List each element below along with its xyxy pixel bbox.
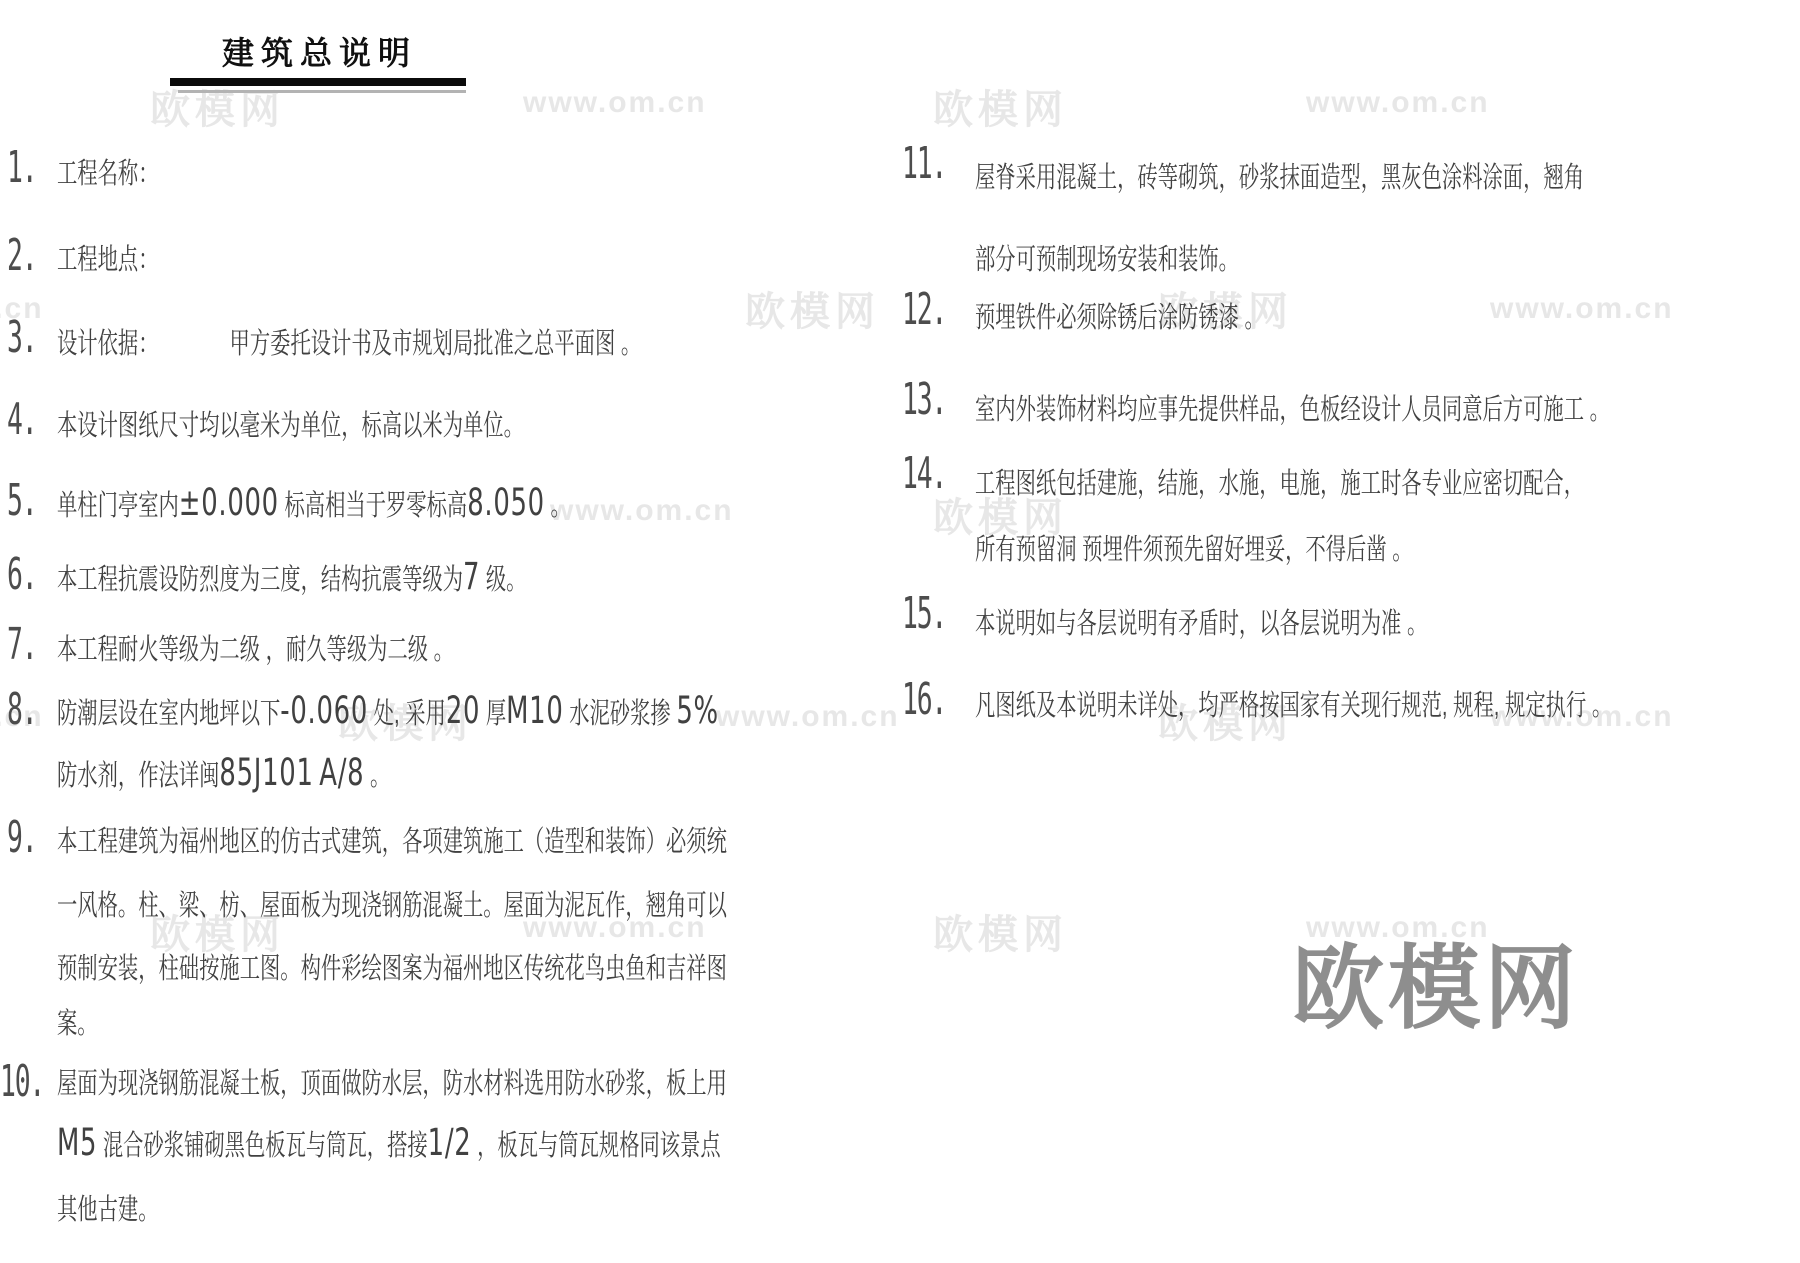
brand-watermark-large: 欧模网 xyxy=(1292,915,1580,1047)
note-3-text: 设计依据： 甲方委托设计书及市规划局批准之总平面图 。 xyxy=(57,326,641,362)
watermark: 欧模网 xyxy=(933,78,1068,135)
note-11-text-2: 部分可预制现场安装和装饰。 xyxy=(975,242,1239,278)
note-7-text: 本工程耐火等级为二级 ，耐久等级为二级 。 xyxy=(57,632,454,668)
note-16-number: 16. xyxy=(902,678,946,722)
note-10-text-3: 其他古建。 xyxy=(57,1192,159,1228)
watermark: 欧模网 xyxy=(745,280,880,337)
note-5-text: 单柱门亭室内±0.000 标高相当于罗零标高8.050 。 xyxy=(57,488,571,524)
note-14-text-2: 所有预留洞 预埋件须预先留好埋妥，不得后凿 。 xyxy=(975,532,1413,568)
note-11-text: 屋脊采用混凝土，砖等砌筑，砂浆抹面造型，黑灰色涂料涂面，翘角 xyxy=(975,160,1584,196)
watermark: www.om.cn xyxy=(523,86,707,120)
note-7-number: 7. xyxy=(7,623,36,667)
note-16-text: 凡图纸及本说明未详处，均严格按国家有关现行规范, 规程, 规定执行 。 xyxy=(975,688,1612,724)
watermark: www.om.cn xyxy=(550,494,734,528)
note-13-number: 13. xyxy=(902,378,946,422)
watermark: 欧模网 xyxy=(933,903,1068,960)
note-6-text: 本工程抗震设防烈度为三度，结构抗震等级为7 级。 xyxy=(57,562,526,598)
note-12-number: 12. xyxy=(902,288,946,332)
note-6-number: 6. xyxy=(7,553,36,597)
note-11-number: 11. xyxy=(902,142,946,186)
title-underline-shadow xyxy=(178,90,466,93)
watermark: www.om.cn xyxy=(1490,292,1674,326)
drawing-sheet: 欧模网www.om.cn欧模网www.om.cnwww.om.cn欧模网欧模网w… xyxy=(0,0,1800,1263)
note-10-text-2: M5 混合砂浆铺砌黑色板瓦与筒瓦，搭接1/2 ，板瓦与筒瓦规格同该景点 xyxy=(57,1128,721,1164)
note-8-text: 防潮层设在室内地坪以下-0.060 处, 采用20 厚M10 水泥砂浆掺 5% xyxy=(57,696,719,732)
note-15-number: 15. xyxy=(902,592,946,636)
title-underline xyxy=(170,78,466,86)
note-9-text-4: 案。 xyxy=(57,1006,98,1042)
note-10-number: 10. xyxy=(0,1060,44,1104)
note-4-number: 4. xyxy=(7,398,36,442)
note-5-number: 5. xyxy=(7,479,36,523)
watermark: www.om.cn xyxy=(716,700,900,734)
note-14-number: 14. xyxy=(902,452,946,496)
note-1-number: 1. xyxy=(7,146,36,190)
note-9-text: 本工程建筑为福州地区的仿古式建筑，各项建筑施工（造型和装饰）必须统 xyxy=(57,824,727,860)
note-14-text: 工程图纸包括建施，结施，水施，电施，施工时各专业应密切配合， xyxy=(975,466,1584,502)
note-4-text: 本设计图纸尺寸均以毫米为单位，标高以米为单位。 xyxy=(57,408,524,444)
note-2-number: 2. xyxy=(7,234,36,278)
watermark: www.om.cn xyxy=(1306,86,1490,120)
watermark: 欧模网 xyxy=(150,78,285,135)
note-12-text: 预埋铁件必须除锈后涂防锈漆 。 xyxy=(975,300,1265,336)
note-8-number: 8. xyxy=(7,688,36,732)
note-9-number: 9. xyxy=(7,816,36,860)
note-9-text-3: 预制安装，柱础按施工图。构件彩绘图案为福州地区传统花鸟虫鱼和吉祥图 xyxy=(57,951,727,987)
note-8-text-2: 防水剂，作法详闽85J101 A/8 。 xyxy=(57,758,390,794)
note-15-text: 本说明如与各层说明有矛盾时，以各层说明为准 。 xyxy=(975,606,1427,642)
note-2-text: 工程地点： xyxy=(57,242,159,278)
note-1-text: 工程名称： xyxy=(57,156,159,192)
note-13-text: 室内外装饰材料均应事先提供样品，色板经设计人员同意后方可施工 。 xyxy=(975,392,1610,428)
note-10-text: 屋面为现浇钢筋混凝土板，顶面做防水层，防水材料选用防水砂浆，板上用 xyxy=(57,1066,727,1102)
note-3-number: 3. xyxy=(7,316,36,360)
page-title: 建筑总说明 xyxy=(222,28,417,74)
note-9-text-2: 一风格。柱、梁、枋、屋面板为现浇钢筋混凝土。屋面为泥瓦作，翘角可以 xyxy=(57,888,727,924)
